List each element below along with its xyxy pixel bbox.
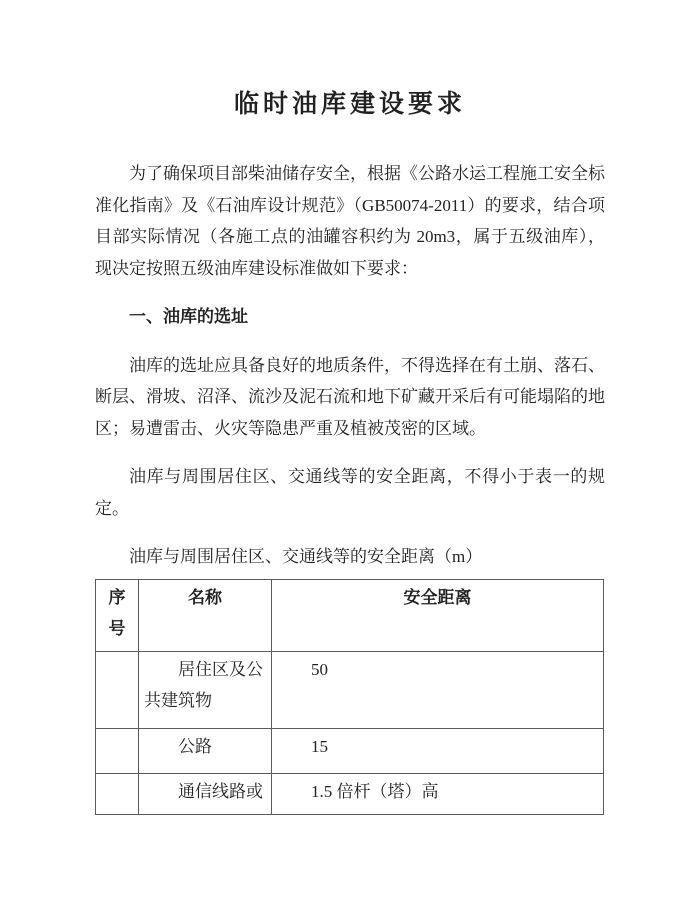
row-distance-cell: 15	[272, 728, 604, 773]
column-header-no: 序号	[96, 579, 139, 651]
table-caption: 油库与周围居住区、交通线等的安全距离（m）	[95, 541, 605, 573]
paragraph-geology-conditions: 油库的选址应具备良好的地质条件，不得选择在有土崩、落石、断层、滑坡、沼泽、流沙及…	[95, 350, 605, 445]
row-distance-cell: 1.5 倍杆（塔）高	[272, 773, 604, 814]
paragraph-intro: 为了确保项目部柴油储存安全，根据《公路水运工程施工安全标准化指南》及《石油库设计…	[95, 158, 605, 284]
paragraph-safety-distance: 油库与周围居住区、交通线等的安全距离，不得小于表一的规定。	[95, 461, 605, 524]
row-name-cell: 通信线路或	[139, 773, 272, 814]
row-no-cell: 1	[96, 651, 139, 728]
table-row: 3 通信线路或 1.5 倍杆（塔）高	[96, 773, 604, 814]
table-header-row: 序号 名称 安全距离	[96, 579, 604, 651]
row-no-cell: 3	[96, 773, 139, 814]
document-title: 临时油库建设要求	[95, 86, 605, 123]
column-header-distance: 安全距离	[272, 579, 604, 651]
row-no-value: 1	[101, 654, 138, 688]
safety-distance-table: 序号 名称 安全距离 1 居住区及公共建筑物 50 2 公路 15 3	[95, 579, 604, 815]
row-no-value: 2	[101, 731, 138, 765]
row-name-cell: 居住区及公共建筑物	[139, 651, 272, 728]
row-distance-cell: 50	[272, 651, 604, 728]
row-name-cell: 公路	[139, 728, 272, 773]
table-row: 2 公路 15	[96, 728, 604, 773]
section-heading-site-selection: 一、油库的选址	[95, 301, 605, 333]
document-page: 临时油库建设要求 为了确保项目部柴油储存安全，根据《公路水运工程施工安全标准化指…	[0, 0, 700, 905]
column-header-name: 名称	[139, 579, 272, 651]
row-no-cell: 2	[96, 728, 139, 773]
table-row: 1 居住区及公共建筑物 50	[96, 651, 604, 728]
row-no-value: 3	[101, 776, 138, 810]
